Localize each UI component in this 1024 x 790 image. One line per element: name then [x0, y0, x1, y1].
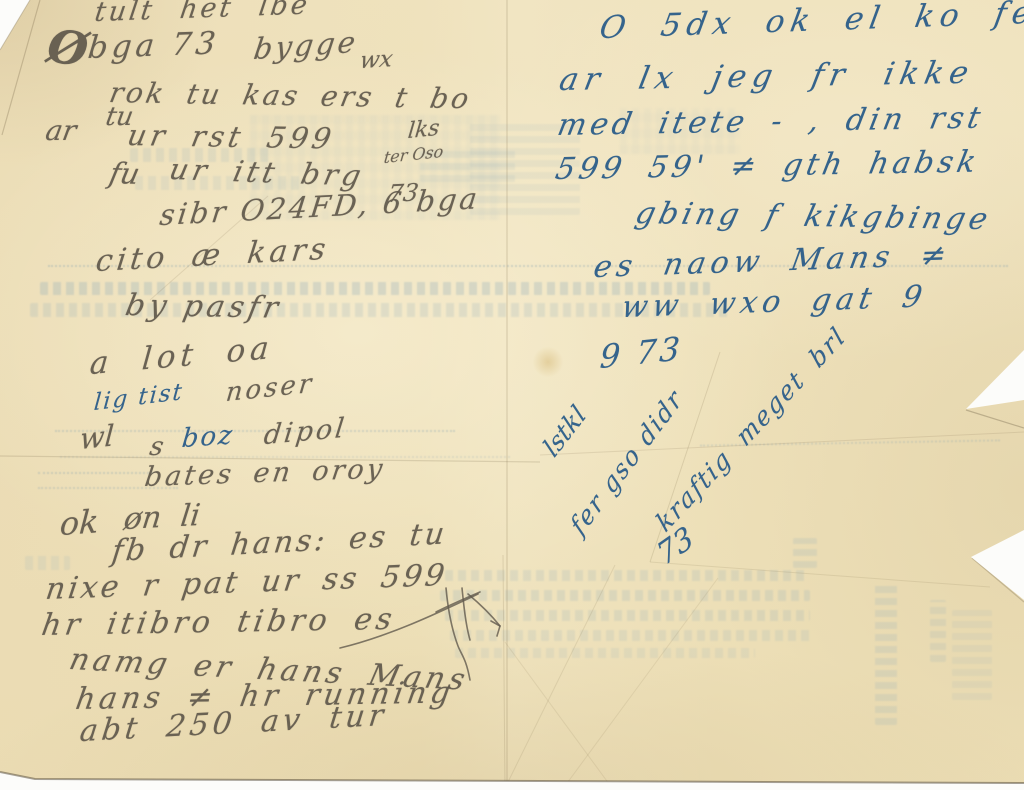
paper-edges	[0, 0, 1024, 790]
torn-notch-right-upper	[966, 350, 1024, 409]
torn-notch-right-lower	[971, 530, 1024, 600]
scanned-note-page: Ø tult het lbe bga 73 bygge wx rok tu ka…	[0, 0, 1024, 790]
